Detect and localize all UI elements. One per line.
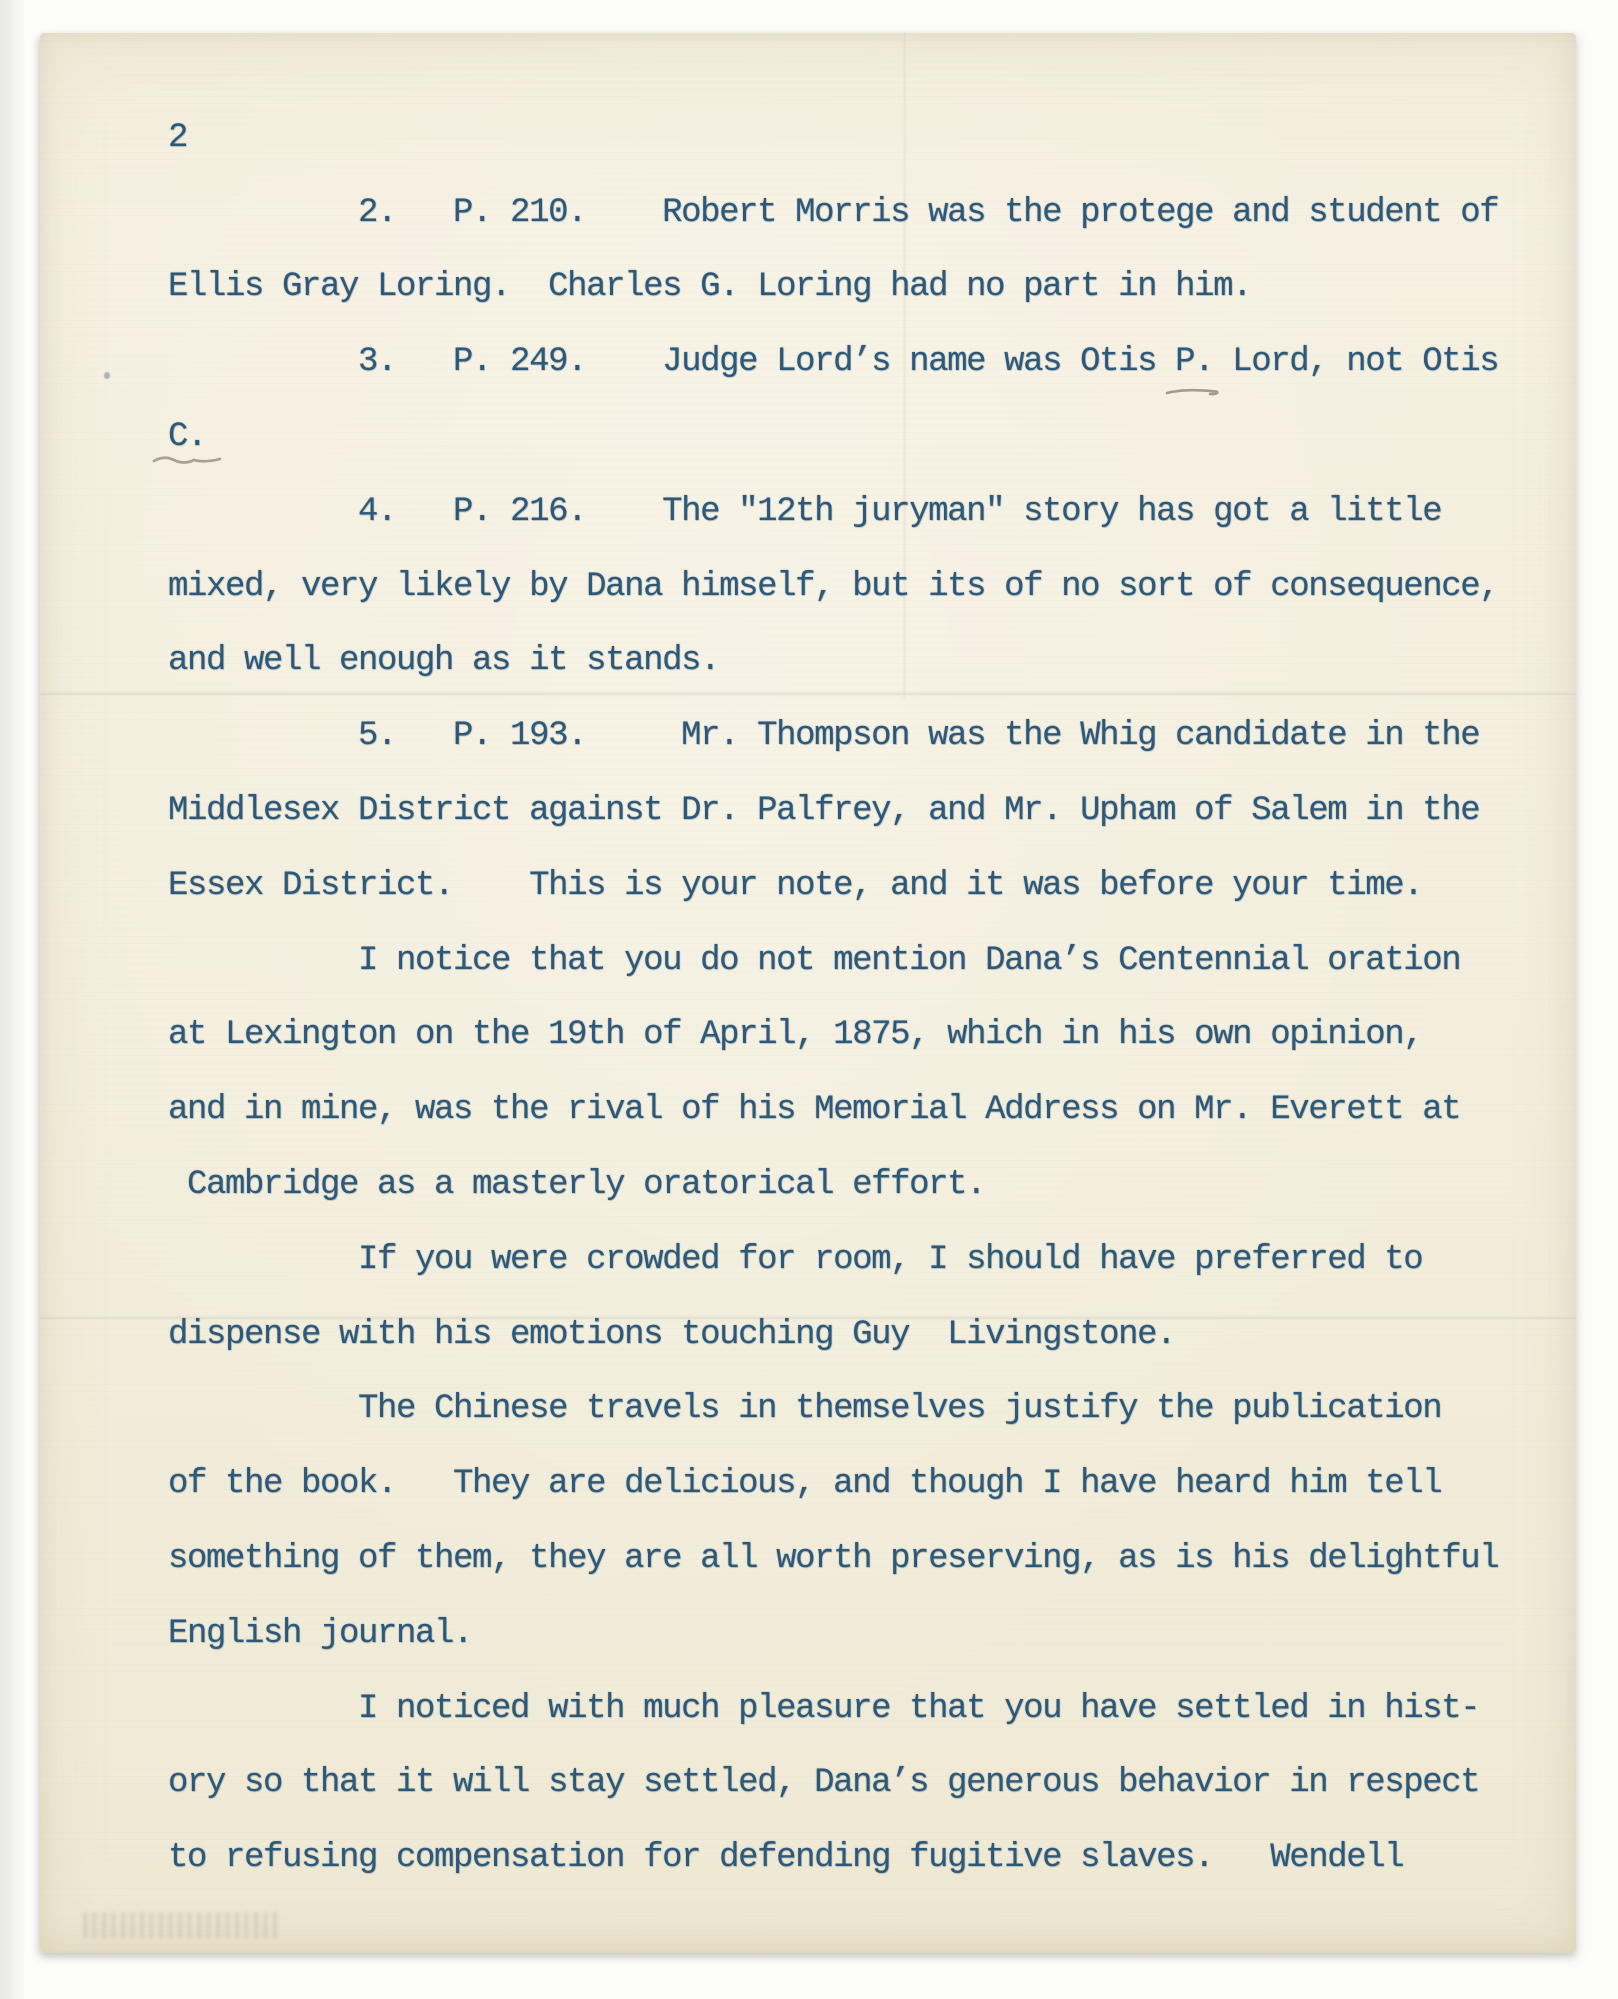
text-line: mixed, very likely by Dana himself, but … [0, 550, 1618, 625]
text-line: and in mine, was the rival of his Memori… [0, 1073, 1618, 1148]
text-line: Middlesex District against Dr. Palfrey, … [0, 774, 1618, 849]
text-line: and well enough as it stands. [0, 624, 1618, 699]
text-line: Essex District. This is your note, and i… [0, 849, 1618, 924]
text-line: at Lexington on the 19th of April, 1875,… [0, 998, 1618, 1073]
text-line: The Chinese travels in themselves justif… [0, 1372, 1618, 1447]
text-line: 5. P. 193. Mr. Thompson was the Whig can… [0, 699, 1618, 774]
text-line: I noticed with much pleasure that you ha… [0, 1672, 1618, 1747]
text-line: Ellis Gray Loring. Charles G. Loring had… [0, 250, 1618, 325]
text-line: of the book. They are delicious, and tho… [0, 1447, 1618, 1522]
text-line: 2. P. 210. Robert Morris was the protege… [0, 176, 1618, 251]
text-line: I notice that you do not mention Dana’s … [0, 924, 1618, 999]
text-line: 4. P. 216. The "12th juryman" story has … [0, 475, 1618, 550]
text-line: 3. P. 249. Judge Lord’s name was Otis P.… [0, 325, 1618, 400]
text-line: to refusing compensation for defending f… [0, 1821, 1618, 1896]
text-line: something of them, they are all worth pr… [0, 1522, 1618, 1597]
text-line: dispense with his emotions touching Guy … [0, 1298, 1618, 1373]
text-line: ory so that it will stay settled, Dana’s… [0, 1746, 1618, 1821]
text-line: English journal. [0, 1597, 1618, 1672]
scanned-letter-page: 2 2. P. 210. Robert Morris was the prote… [0, 0, 1618, 1999]
letter-body: 2. P. 210. Robert Morris was the protege… [0, 176, 1618, 1896]
page-number: 2 [168, 101, 187, 176]
illegible-faint-marking [83, 1912, 279, 1938]
text-line: C. [0, 400, 1618, 475]
text-line: If you were crowded for room, I should h… [0, 1223, 1618, 1298]
text-line: Cambridge as a masterly oratorical effor… [0, 1148, 1618, 1223]
